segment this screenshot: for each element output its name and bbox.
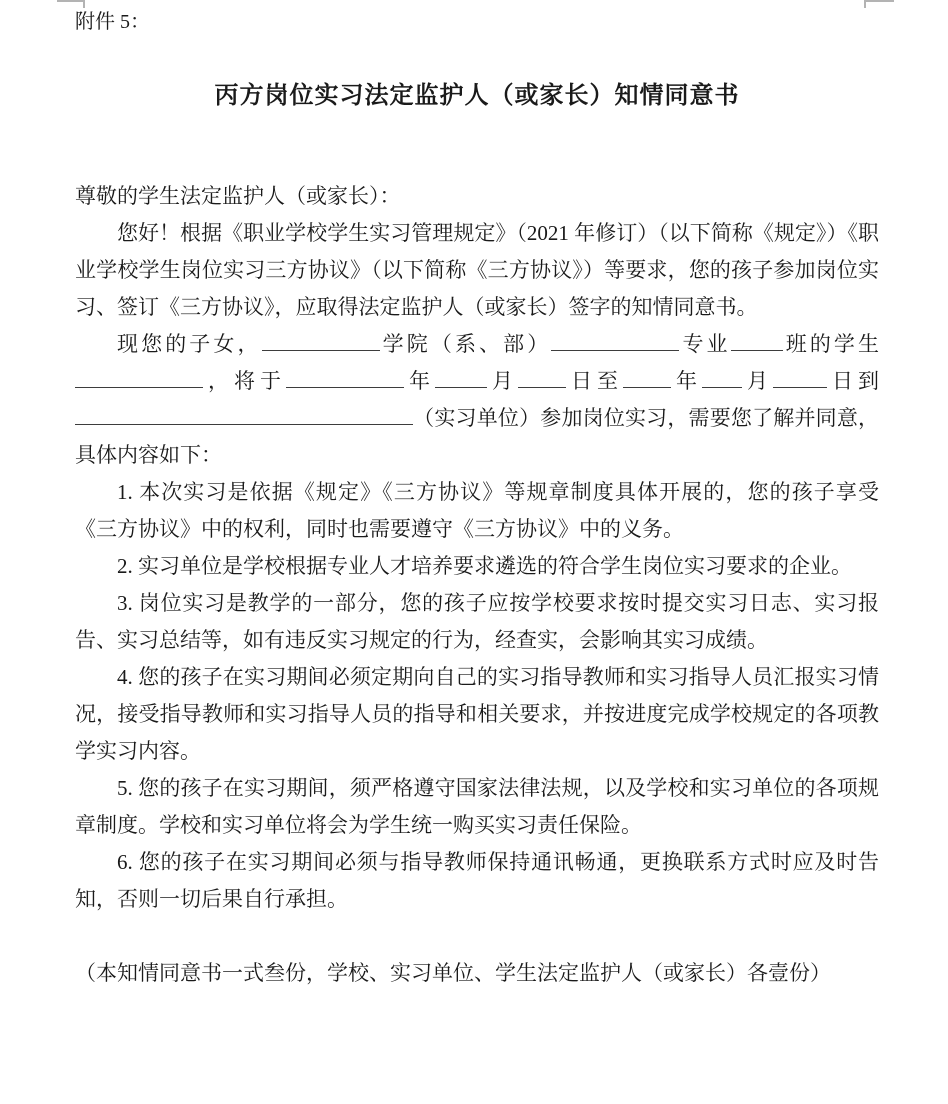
paragraph-item-3: 3. 岗位实习是教学的一部分，您的孩子应按学校要求按时提交实习日志、实习报告、实… [75, 585, 879, 659]
page-margin-mark-top-right [864, 0, 894, 2]
paragraph-item-6: 6. 您的孩子在实习期间必须与指导教师保持通讯畅通，更换联系方式时应及时告知，否… [75, 844, 879, 918]
page-content: 附件 5： 丙方岗位实习法定监护人（或家长）知情同意书 尊敬的学生法定监护人（或… [75, 8, 879, 992]
text-run: ，将于 [203, 369, 286, 393]
document-page: 附件 5： 丙方岗位实习法定监护人（或家长）知情同意书 尊敬的学生法定监护人（或… [0, 0, 948, 1104]
blank-line [702, 370, 742, 388]
page-title: 丙方岗位实习法定监护人（或家长）知情同意书 [75, 80, 879, 112]
text-run: 班的学生 [783, 332, 879, 356]
text-run: 日到 [827, 369, 879, 393]
blank-line [551, 333, 679, 351]
text-run: 尊敬的学生法定监护人（或家长）： [75, 184, 401, 208]
blank-line [435, 370, 487, 388]
paragraph-item-5: 5. 您的孩子在实习期间，须严格遵守国家法律法规，以及学校和实习单位的各项规章制… [75, 770, 879, 844]
blank-line [286, 370, 404, 388]
blank-line [731, 333, 783, 351]
blank-line [623, 370, 671, 388]
attachment-label: 附件 5： [75, 8, 879, 36]
text-run: 5. 您的孩子在实习期间，须严格遵守国家法律法规，以及学校和实习单位的各项规章制… [75, 776, 879, 837]
text-run: 您好！根据《职业学校学生实习管理规定》（2021 年修订）（以下简称《规定》）《… [75, 221, 879, 319]
text-run: 2. 实习单位是学校根据专业人才培养要求遴选的符合学生岗位实习要求的企业。 [117, 554, 852, 578]
blank-line [773, 370, 827, 388]
blank-line [518, 370, 566, 388]
page-margin-mark-top-right-tick [864, 0, 866, 8]
blank-line [75, 407, 413, 425]
paragraph-student-info: 现您的子女，学院（系、部）专业班的学生，将于年月日至年月日到（实习单位）参加岗位… [75, 326, 879, 474]
paragraph-item-4: 4. 您的孩子在实习期间必须定期向自己的实习指导教师和实习指导人员汇报实习情况，… [75, 659, 879, 770]
text-run: 6. 您的孩子在实习期间必须与指导教师保持通讯畅通，更换联系方式时应及时告知，否… [75, 850, 879, 911]
paragraph-intro: 您好！根据《职业学校学生实习管理规定》（2021 年修订）（以下简称《规定》）《… [75, 215, 879, 326]
paragraph-greeting: 尊敬的学生法定监护人（或家长）： [75, 178, 879, 215]
text-run: 月 [742, 369, 773, 393]
document-body: 尊敬的学生法定监护人（或家长）：您好！根据《职业学校学生实习管理规定》（2021… [75, 178, 879, 992]
paragraph-distribution-note: （本知情同意书一式叁份，学校、实习单位、学生法定监护人（或家长）各壹份） [75, 955, 879, 992]
text-run: 3. 岗位实习是教学的一部分，您的孩子应按学校要求按时提交实习日志、实习报告、实… [75, 591, 879, 652]
text-run: 现您的子女， [117, 332, 262, 356]
text-run: 年 [404, 369, 435, 393]
text-run: 日至 [566, 369, 623, 393]
page-margin-mark-top-left-tick [83, 0, 85, 8]
text-run: 学院（系、部） [380, 332, 552, 356]
page-margin-mark-top-left [57, 0, 85, 2]
text-run: 年 [671, 369, 702, 393]
blank-line [262, 333, 380, 351]
blank-line [75, 370, 203, 388]
text-run: 专业 [679, 332, 730, 356]
text-run: 4. 您的孩子在实习期间必须定期向自己的实习指导教师和实习指导人员汇报实习情况，… [75, 665, 879, 763]
paragraph-item-1: 1. 本次实习是依据《规定》《三方协议》等规章制度具体开展的，您的孩子享受《三方… [75, 474, 879, 548]
text-run: 月 [487, 369, 518, 393]
paragraph-item-2: 2. 实习单位是学校根据专业人才培养要求遴选的符合学生岗位实习要求的企业。 [75, 548, 879, 585]
text-run: 1. 本次实习是依据《规定》《三方协议》等规章制度具体开展的，您的孩子享受《三方… [75, 480, 879, 541]
text-run: （本知情同意书一式叁份，学校、实习单位、学生法定监护人（或家长）各壹份） [75, 961, 831, 985]
